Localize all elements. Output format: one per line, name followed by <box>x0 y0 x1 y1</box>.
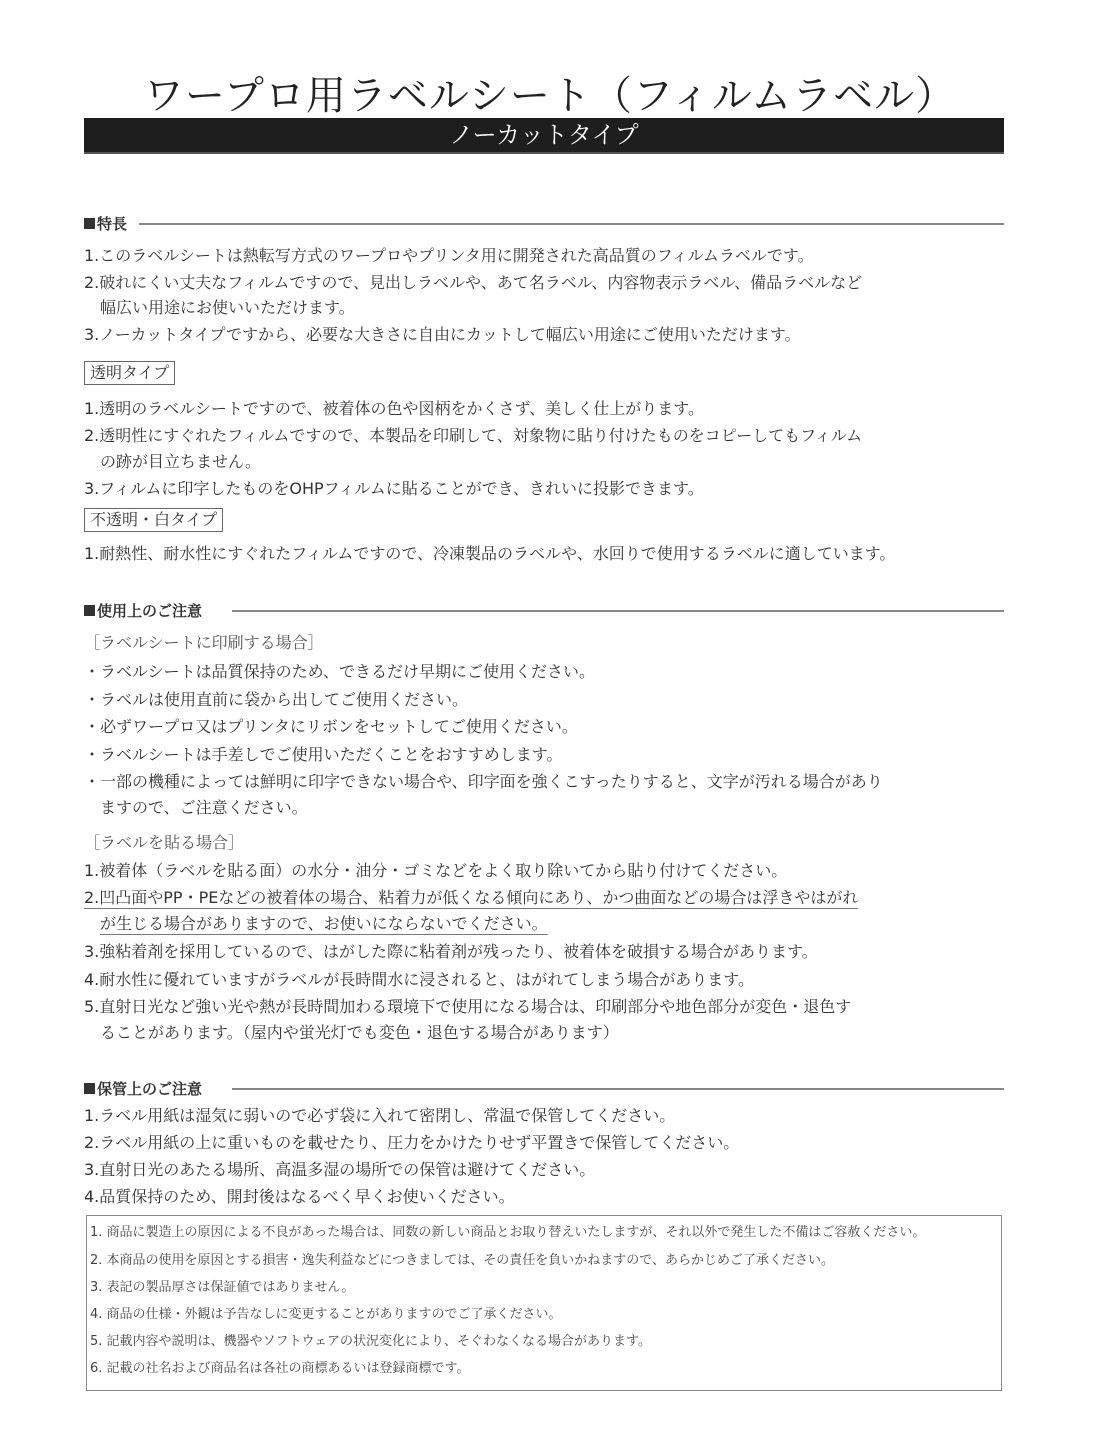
document-title: ワープロ用ラベルシート（フィルムラベル） <box>0 64 1100 121</box>
applying-item: 4.耐水性に優れていますがラベルが長時間水に浸されると、はがれてしまう場合があり… <box>84 970 754 990</box>
applying-item: 5.直射日光など強い光や熱が長時間加わる環境下で使用になる場合は、印刷部分や地色… <box>84 997 851 1017</box>
applying-item-underlined-continued: が生じる場合がありますので、お使いにならないでください。 <box>100 914 548 934</box>
square-bullet-icon <box>84 1083 95 1094</box>
heading-rule <box>232 610 1004 612</box>
applying-item: 3.強粘着剤を採用しているので、はがした際に粘着剤が残ったり、被着体を破損する場… <box>84 942 818 962</box>
printing-subheading: ［ラベルシートに印刷する場合］ <box>84 633 324 653</box>
subtitle-banner: ノーカットタイプ <box>84 118 1004 154</box>
square-bullet-icon <box>84 218 95 229</box>
printing-item: ・一部の機種によっては鮮明に印字できない場合や、印字面を強くこすったりすると、文… <box>84 772 883 792</box>
section-heading-label: 使用上のご注意 <box>97 600 202 621</box>
printing-item: ・ラベルは使用直前に袋から出してご使用ください。 <box>84 690 468 710</box>
storage-item: 3.直射日光のあたる場所、高温多湿の場所での保管は避けてください。 <box>84 1160 595 1180</box>
disclaimer-item: 2. 本商品の使用を原因とする損害・逸失利益などにつきましては、その責任を負いか… <box>90 1252 834 1270</box>
square-bullet-icon <box>84 605 95 616</box>
transparent-item: 3.フィルムに印字したものをOHPフィルムに貼ることができ、きれいに投影できます… <box>84 479 704 499</box>
opaque-white-type-tag: 不透明・白タイプ <box>84 508 223 532</box>
transparent-type-tag: 透明タイプ <box>84 361 175 385</box>
printing-item-continued: ますので、ご注意ください。 <box>100 798 308 818</box>
transparent-item: 2.透明性にすぐれたフィルムですので、本製品を印刷して、対象物に貼り付けたものを… <box>84 426 862 446</box>
transparent-item-continued: の跡が目立ちません。 <box>100 452 261 472</box>
applying-item-continued: ることがあります。（屋内や蛍光灯でも変色・退色する場合があります） <box>100 1023 619 1043</box>
storage-item: 2.ラベル用紙の上に重いものを載せたり、圧力をかけたりせず平置きで保管してくださ… <box>84 1133 739 1153</box>
section-heading-usage: 使用上のご注意 <box>84 600 1004 621</box>
disclaimer-item: 5. 記載内容や説明は、機器やソフトウェアの状況変化により、そぐわなくなる場合が… <box>90 1333 651 1351</box>
applying-item: 1.被着体（ラベルを貼る面）の水分・油分・ゴミなどをよく取り除いてから貼り付けて… <box>84 861 787 881</box>
section-heading-storage: 保管上のご注意 <box>84 1078 1004 1099</box>
feature-item-continued: 幅広い用途にお使いいただけます。 <box>100 298 355 318</box>
feature-item: 3.ノーカットタイプですから、必要な大きさに自由にカットして幅広い用途にご使用い… <box>84 325 801 345</box>
disclaimer-item: 1. 商品に製造上の原因による不良があった場合は、同数の新しい商品とお取り替えい… <box>90 1224 925 1242</box>
feature-item: 1.このラベルシートは熱転写方式のワープロやプリンタ用に開発された高品質のフィル… <box>84 246 814 266</box>
storage-item: 1.ラベル用紙は湿気に弱いので必ず袋に入れて密閉し、常温で保管してください。 <box>84 1106 675 1126</box>
printing-item: ・ラベルシートは品質保持のため、できるだけ早期にご使用ください。 <box>84 662 595 682</box>
printing-item: ・必ずワープロ又はプリンタにリボンをセットしてご使用ください。 <box>84 717 578 737</box>
transparent-item: 1.透明のラベルシートですので、被着体の色や図柄をかくさず、美しく仕上がります。 <box>84 399 704 419</box>
section-heading-label: 特長 <box>97 213 127 234</box>
applying-subheading: ［ラベルを貼る場合］ <box>84 833 244 853</box>
section-heading-label: 保管上のご注意 <box>97 1078 202 1099</box>
heading-rule <box>139 223 1004 225</box>
storage-item: 4.品質保持のため、開封後はなるべく早くお使いください。 <box>84 1187 515 1207</box>
heading-rule <box>232 1088 1004 1090</box>
opaque-item: 1.耐熱性、耐水性にすぐれたフィルムですので、冷凍製品のラベルや、水回りで使用す… <box>84 544 895 564</box>
feature-item: 2.破れにくい丈夫なフィルムですので、見出しラベルや、あて名ラベル、内容物表示ラ… <box>84 273 862 293</box>
printing-item: ・ラベルシートは手差しでご使用いただくことをおすすめします。 <box>84 745 562 765</box>
section-heading-features: 特長 <box>84 213 1004 234</box>
disclaimer-item: 4. 商品の仕様・外観は予告なしに変更することがありますのでご了承ください。 <box>90 1306 562 1324</box>
applying-item-underlined: 2.凹凸面やPP・PEなどの被着体の場合、粘着力が低くなる傾向にあり、かつ曲面な… <box>84 888 858 908</box>
disclaimer-item: 6. 記載の社名および商品名は各社の商標あるいは登録商標です。 <box>90 1360 470 1378</box>
disclaimer-item: 3. 表記の製品厚さは保証値ではありません。 <box>90 1279 354 1297</box>
